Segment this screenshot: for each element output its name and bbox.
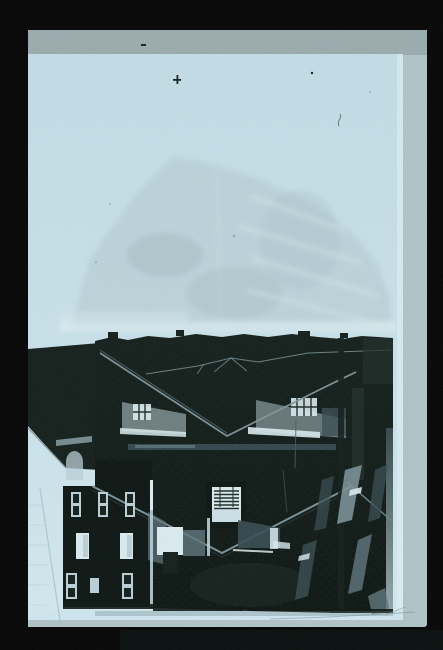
- photo-canvas: [0, 0, 443, 650]
- slide-photograph: [0, 0, 443, 650]
- frame-tint: [120, 630, 443, 650]
- film-grain-overlay: [28, 30, 427, 627]
